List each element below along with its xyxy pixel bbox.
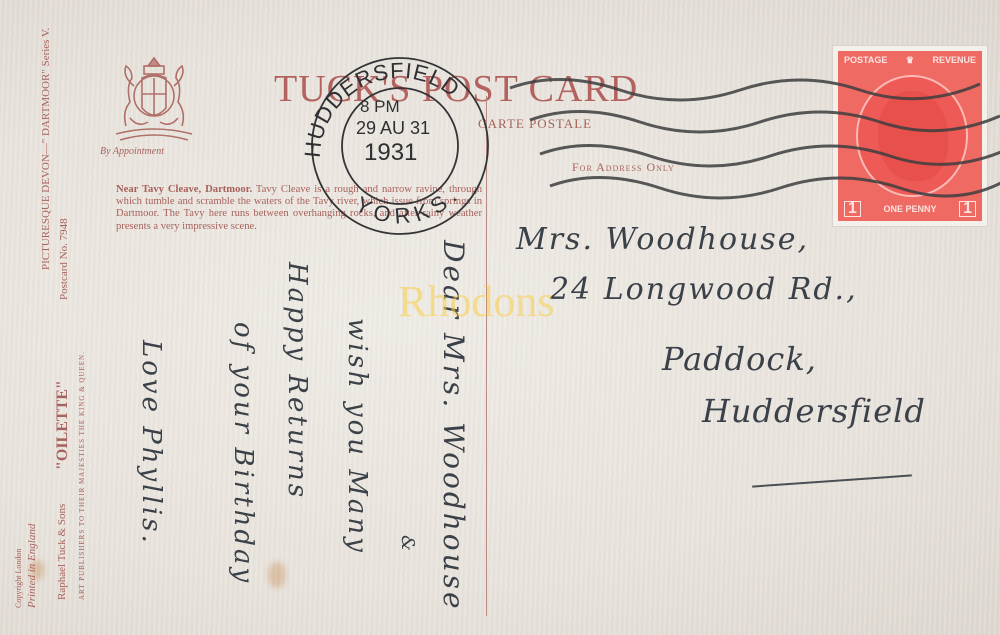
royal-coat-of-arms-icon: [108, 56, 200, 144]
postcard-back: By Appointment TUCK'S POST CARD CARTE PO…: [0, 0, 1000, 635]
foxing-stain: [268, 562, 286, 588]
foxing-stain: [30, 560, 44, 580]
address-line-1: Mrs. Woodhouse,: [516, 222, 809, 257]
postcard-number: Postcard No. 7948: [58, 218, 70, 300]
copyright-label: Copyright London: [14, 549, 23, 608]
publisher-name: Raphael Tuck & Sons: [56, 504, 68, 600]
description-title: Near Tavy Cleave, Dartmoor.: [116, 184, 252, 195]
postmark-year: 1931: [364, 139, 417, 166]
art-publishers-label: ART PUBLISHERS TO THEIR MAJESTIES THE KI…: [78, 351, 86, 600]
message-line-birthday: of your Birthday: [228, 322, 258, 585]
by-appointment-label: By Appointment: [100, 146, 164, 157]
address-line-2: 24 Longwood Rd.,: [550, 272, 858, 307]
address-underline: [752, 474, 912, 487]
message-line-wish: wish you Many: [342, 318, 372, 555]
message-signoff: Love Phyllis.: [136, 340, 166, 546]
postmark-county: YORKS.: [351, 180, 465, 228]
message-line-returns: Happy Returns: [282, 262, 312, 500]
svg-text:YORKS.: YORKS.: [351, 180, 465, 228]
huddersfield-postmark: HUDDERSFIELD YORKS. 8 PM 29 AU 31 1931: [268, 46, 538, 246]
message-ampersand: &: [397, 535, 418, 551]
address-line-4: Huddersfield: [702, 392, 926, 430]
series-label: PICTURESQUE DEVON—" DARTMOOR" Series V.: [40, 28, 52, 270]
address-line-3: Paddock,: [662, 340, 817, 378]
oilette-brand: "OILETTE": [54, 380, 72, 470]
seller-watermark: Rhodons: [398, 276, 554, 327]
postmark-time: 8 PM: [360, 97, 400, 116]
wavy-cancellation-lines: [470, 60, 1000, 220]
postmark-date: 29 AU 31: [356, 118, 430, 138]
